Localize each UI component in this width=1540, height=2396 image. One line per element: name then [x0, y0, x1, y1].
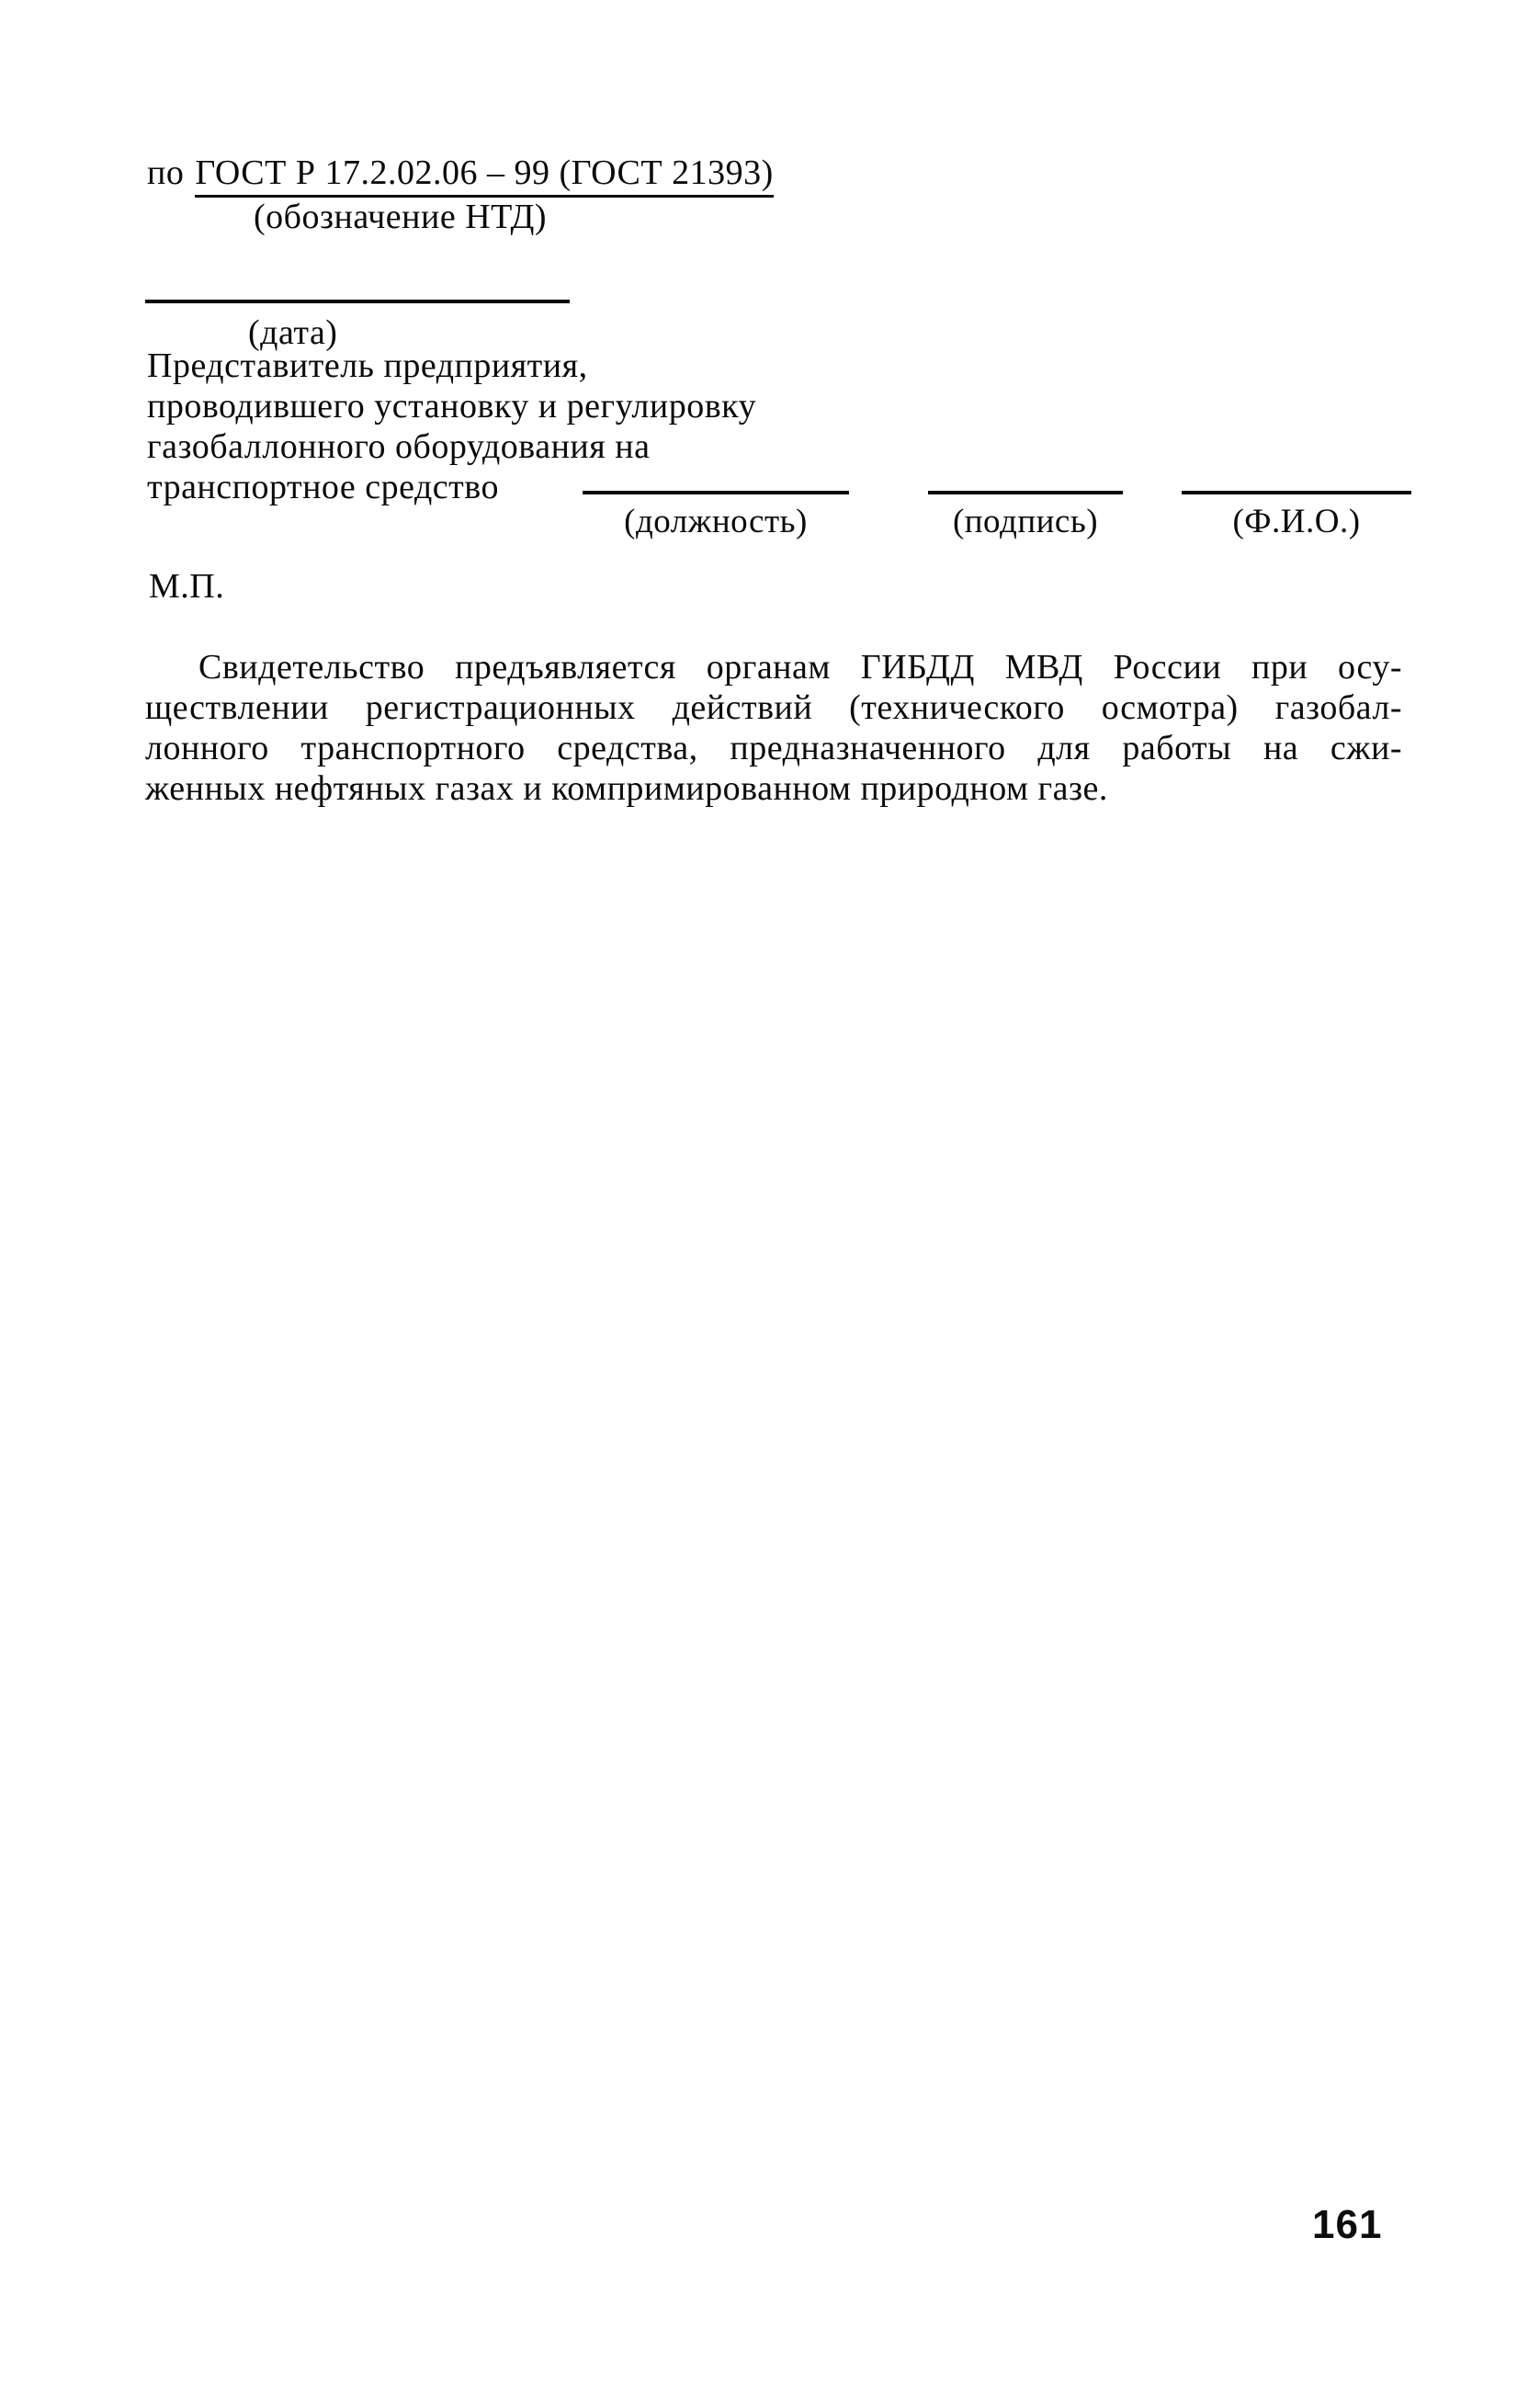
signature-caption: (подпись) — [928, 502, 1123, 541]
fullname-blank-line — [1182, 491, 1411, 494]
stamp-placeholder: М.П. — [149, 566, 224, 607]
position-caption: (должность) — [583, 502, 849, 541]
representative-line-2: проводившего установку и регулировку — [147, 386, 756, 426]
note-line-4: женных нефтяных газах и компримированном… — [145, 768, 1402, 809]
note-line-1: Свидетельство предъявляется органам ГИБД… — [145, 647, 1402, 687]
date-blank-line — [145, 300, 570, 303]
fullname-caption: (Ф.И.О.) — [1182, 502, 1411, 541]
gost-reference-prefix: по — [147, 153, 184, 192]
note-paragraph: Свидетельство предъявляется органам ГИБД… — [145, 647, 1402, 809]
gost-reference-line: поГОСТ Р 17.2.02.06 – 99 (ГОСТ 21393) — [147, 153, 774, 193]
signature-field-signature: (подпись) — [928, 491, 1123, 541]
representative-block: Представитель предприятия, проводившего … — [147, 346, 756, 507]
signature-field-fullname: (Ф.И.О.) — [1182, 491, 1411, 541]
page-number: 161 — [1312, 2202, 1382, 2248]
ntd-caption: (обозначение НТД) — [254, 197, 547, 237]
document-page: поГОСТ Р 17.2.02.06 – 99 (ГОСТ 21393) (о… — [0, 0, 1540, 2396]
representative-line-1: Представитель предприятия, — [147, 346, 756, 386]
representative-line-3: газобаллонного оборудования на — [147, 426, 756, 467]
gost-reference-value: ГОСТ Р 17.2.02.06 – 99 (ГОСТ 21393) — [195, 153, 773, 198]
note-line-2: ществлении регистрационных действий (тех… — [145, 687, 1402, 728]
note-line-3: лонного транспортного средства, предназн… — [145, 728, 1402, 768]
signature-blank-line — [928, 491, 1123, 494]
signature-field-position: (должность) — [583, 491, 849, 541]
position-blank-line — [583, 491, 849, 494]
